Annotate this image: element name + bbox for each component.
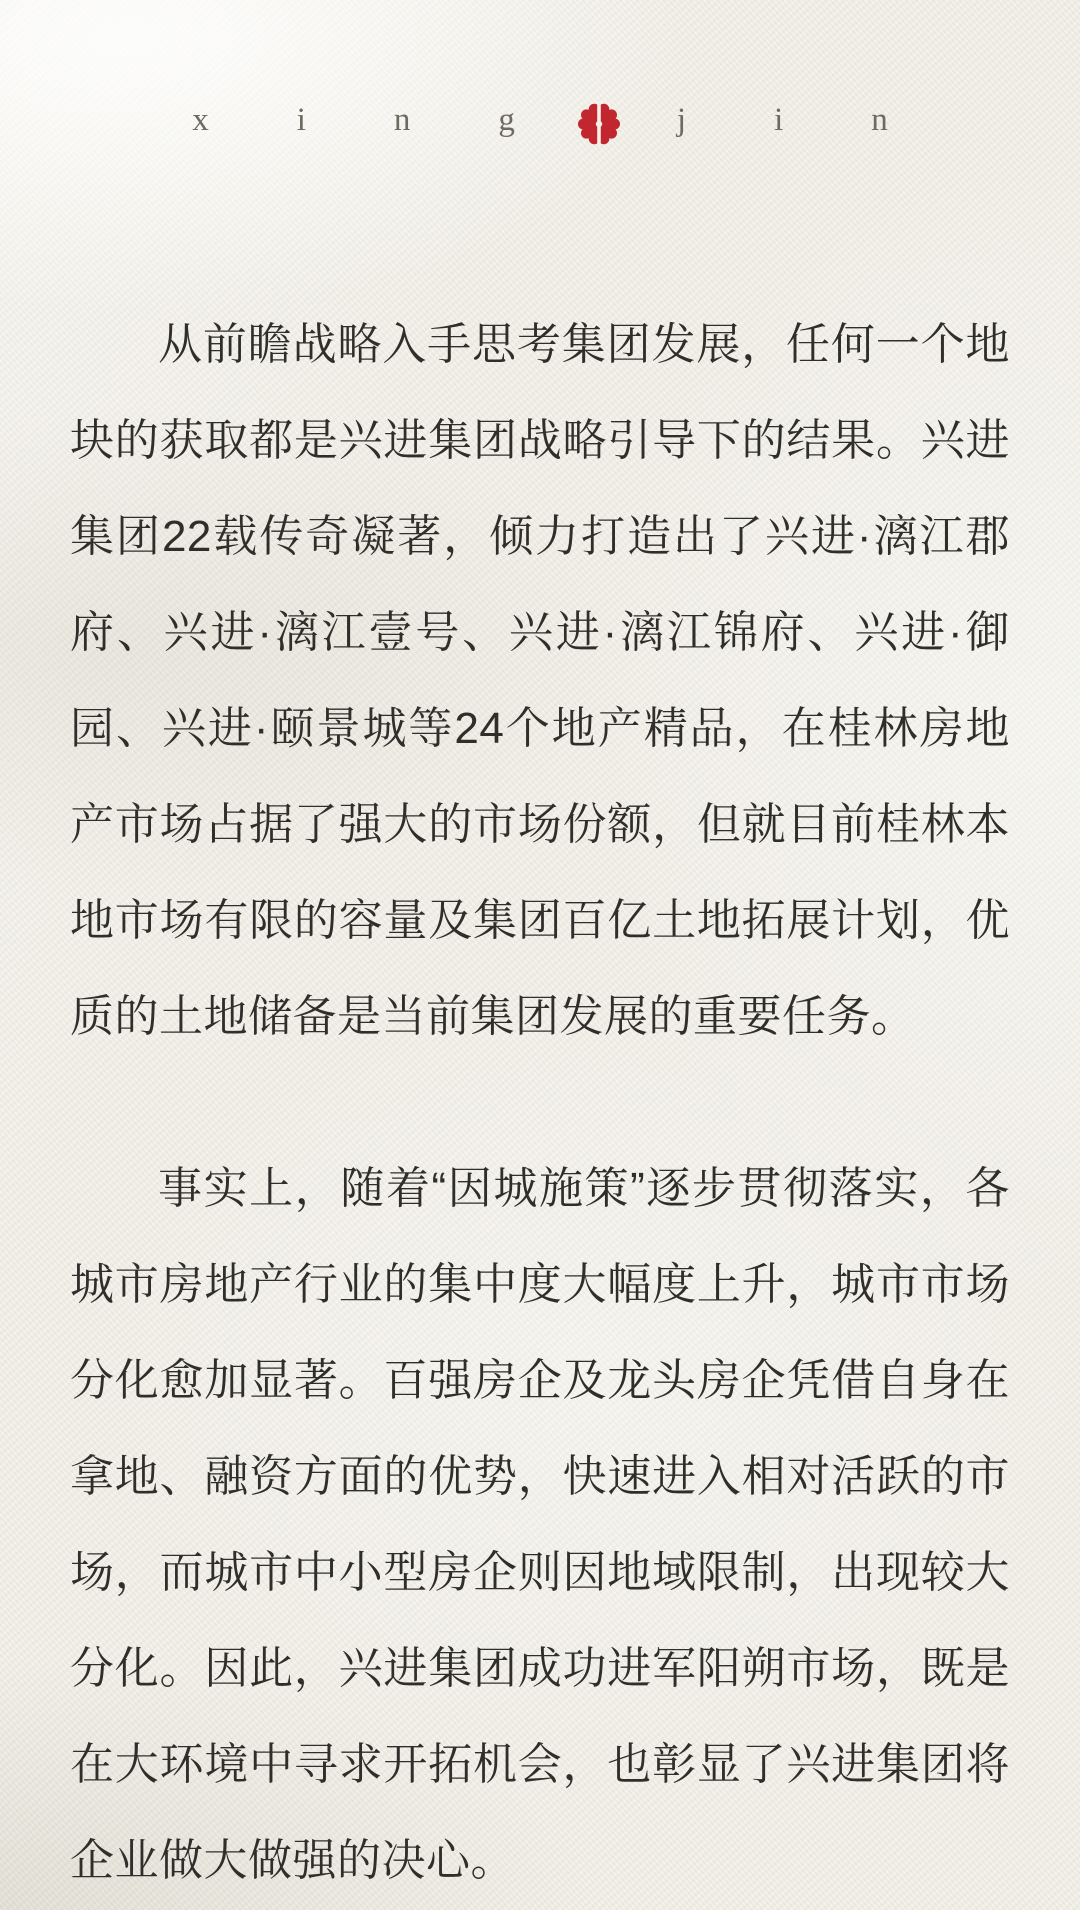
seal-center-dot <box>596 121 602 127</box>
paragraph-market: 事实上，随着“因城施策”逐步贯彻落实，各城市房地产行业的集中度大幅度上升，城市市… <box>70 1141 1010 1909</box>
article-page: xing jin <box>0 0 1080 1910</box>
brand-text-xing: xing <box>192 104 603 137</box>
paragraph-strategy: 从前瞻战略入手思考集团发展，任何一个地块的获取都是兴进集团战略引导下的结果。兴进… <box>70 297 1010 1065</box>
seal-flower-icon <box>577 101 621 147</box>
brand-header: xing jin <box>70 0 1010 148</box>
brand-text-jin: jin <box>677 104 976 137</box>
article-body: 从前瞻战略入手思考集团发展，任何一个地块的获取都是兴进集团战略引导下的结果。兴进… <box>70 297 1010 1909</box>
